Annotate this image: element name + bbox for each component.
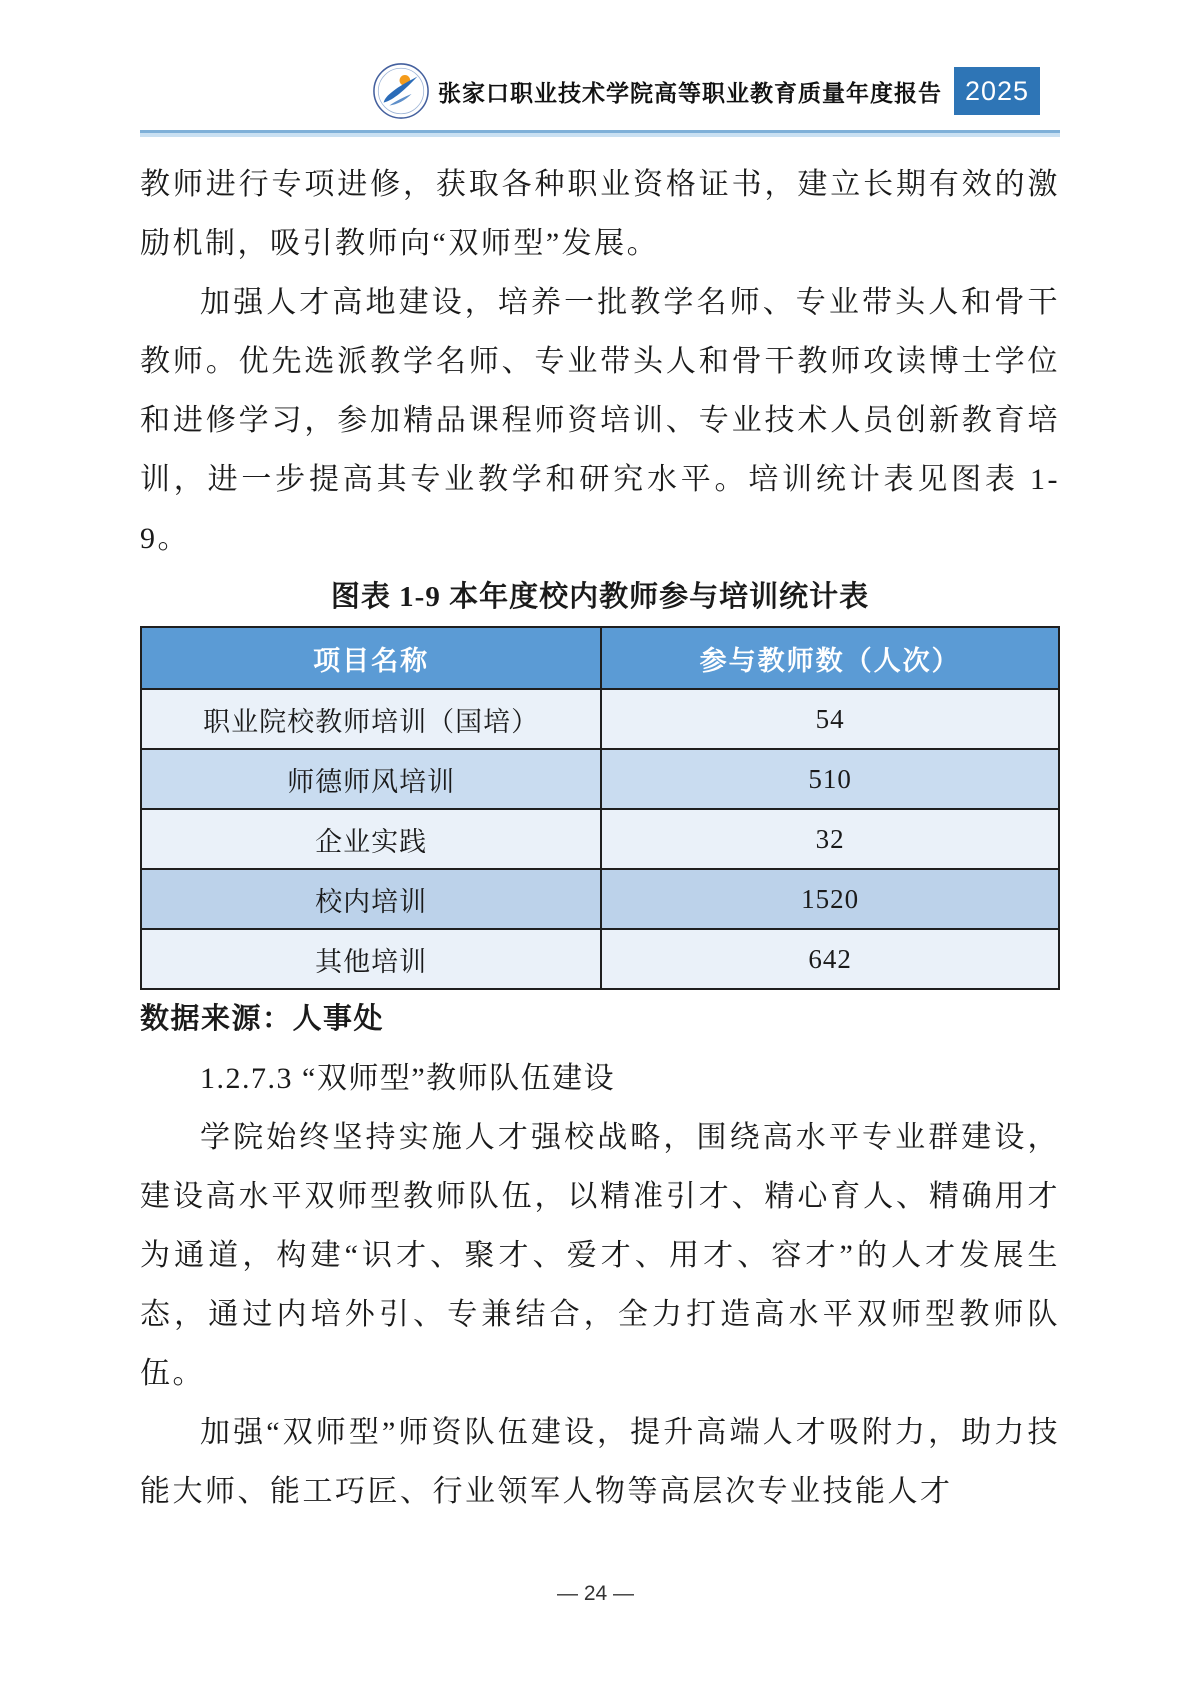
column-header-count: 参与教师数（人次） [601,627,1059,689]
table-row: 校内培训 1520 [141,869,1059,929]
paragraph: 加强人才高地建设，培养一批教学名师、专业带头人和骨干教师。优先选派教学名师、专业… [140,273,1060,568]
table-header-row: 项目名称 参与教师数（人次） [141,627,1059,689]
training-stats-table: 项目名称 参与教师数（人次） 职业院校教师培训（国培） 54 师德师风培训 51… [140,626,1060,990]
cell-count: 54 [601,689,1059,749]
paragraph: 学院始终坚持实施人才强校战略，围绕高水平专业群建设，建设高水平双师型教师队伍，以… [140,1108,1060,1403]
cell-project-name: 校内培训 [141,869,601,929]
table-row: 企业实践 32 [141,809,1059,869]
table-row: 职业院校教师培训（国培） 54 [141,689,1059,749]
cell-count: 642 [601,929,1059,989]
document-page: 张家口职业技术学院高等职业教育质量年度报告 2025 教师进行专项进修，获取各种… [0,0,1191,1684]
cell-project-name: 其他培训 [141,929,601,989]
paragraph: 加强“双师型”师资队伍建设，提升高端人才吸附力，助力技能大师、能工巧匠、行业领军… [140,1403,1060,1521]
table-caption: 图表 1-9 本年度校内教师参与培训统计表 [140,572,1060,622]
cell-project-name: 企业实践 [141,809,601,869]
header-divider [140,130,1060,137]
paragraph: 教师进行专项进修，获取各种职业资格证书，建立长期有效的激励机制，吸引教师向“双师… [140,155,1060,273]
report-title: 张家口职业技术学院高等职业教育质量年度报告 [438,75,942,108]
table-row: 其他培训 642 [141,929,1059,989]
column-header-project: 项目名称 [141,627,601,689]
section-heading: 1.2.7.3 “双师型”教师队伍建设 [140,1049,1060,1108]
year-badge: 2025 [954,67,1040,115]
cell-count: 32 [601,809,1059,869]
data-source-note: 数据来源：人事处 [140,990,1060,1049]
table-row: 师德师风培训 510 [141,749,1059,809]
page-footer: — 24 — [0,1582,1191,1606]
page-number: — 24 — [557,1582,634,1605]
cell-project-name: 师德师风培训 [141,749,601,809]
college-emblem-icon [372,62,430,120]
cell-count: 510 [601,749,1059,809]
cell-count: 1520 [601,869,1059,929]
cell-project-name: 职业院校教师培训（国培） [141,689,601,749]
page-header: 张家口职业技术学院高等职业教育质量年度报告 2025 [0,0,1191,137]
page-body: 教师进行专项进修，获取各种职业资格证书，建立长期有效的激励机制，吸引教师向“双师… [140,155,1060,1521]
